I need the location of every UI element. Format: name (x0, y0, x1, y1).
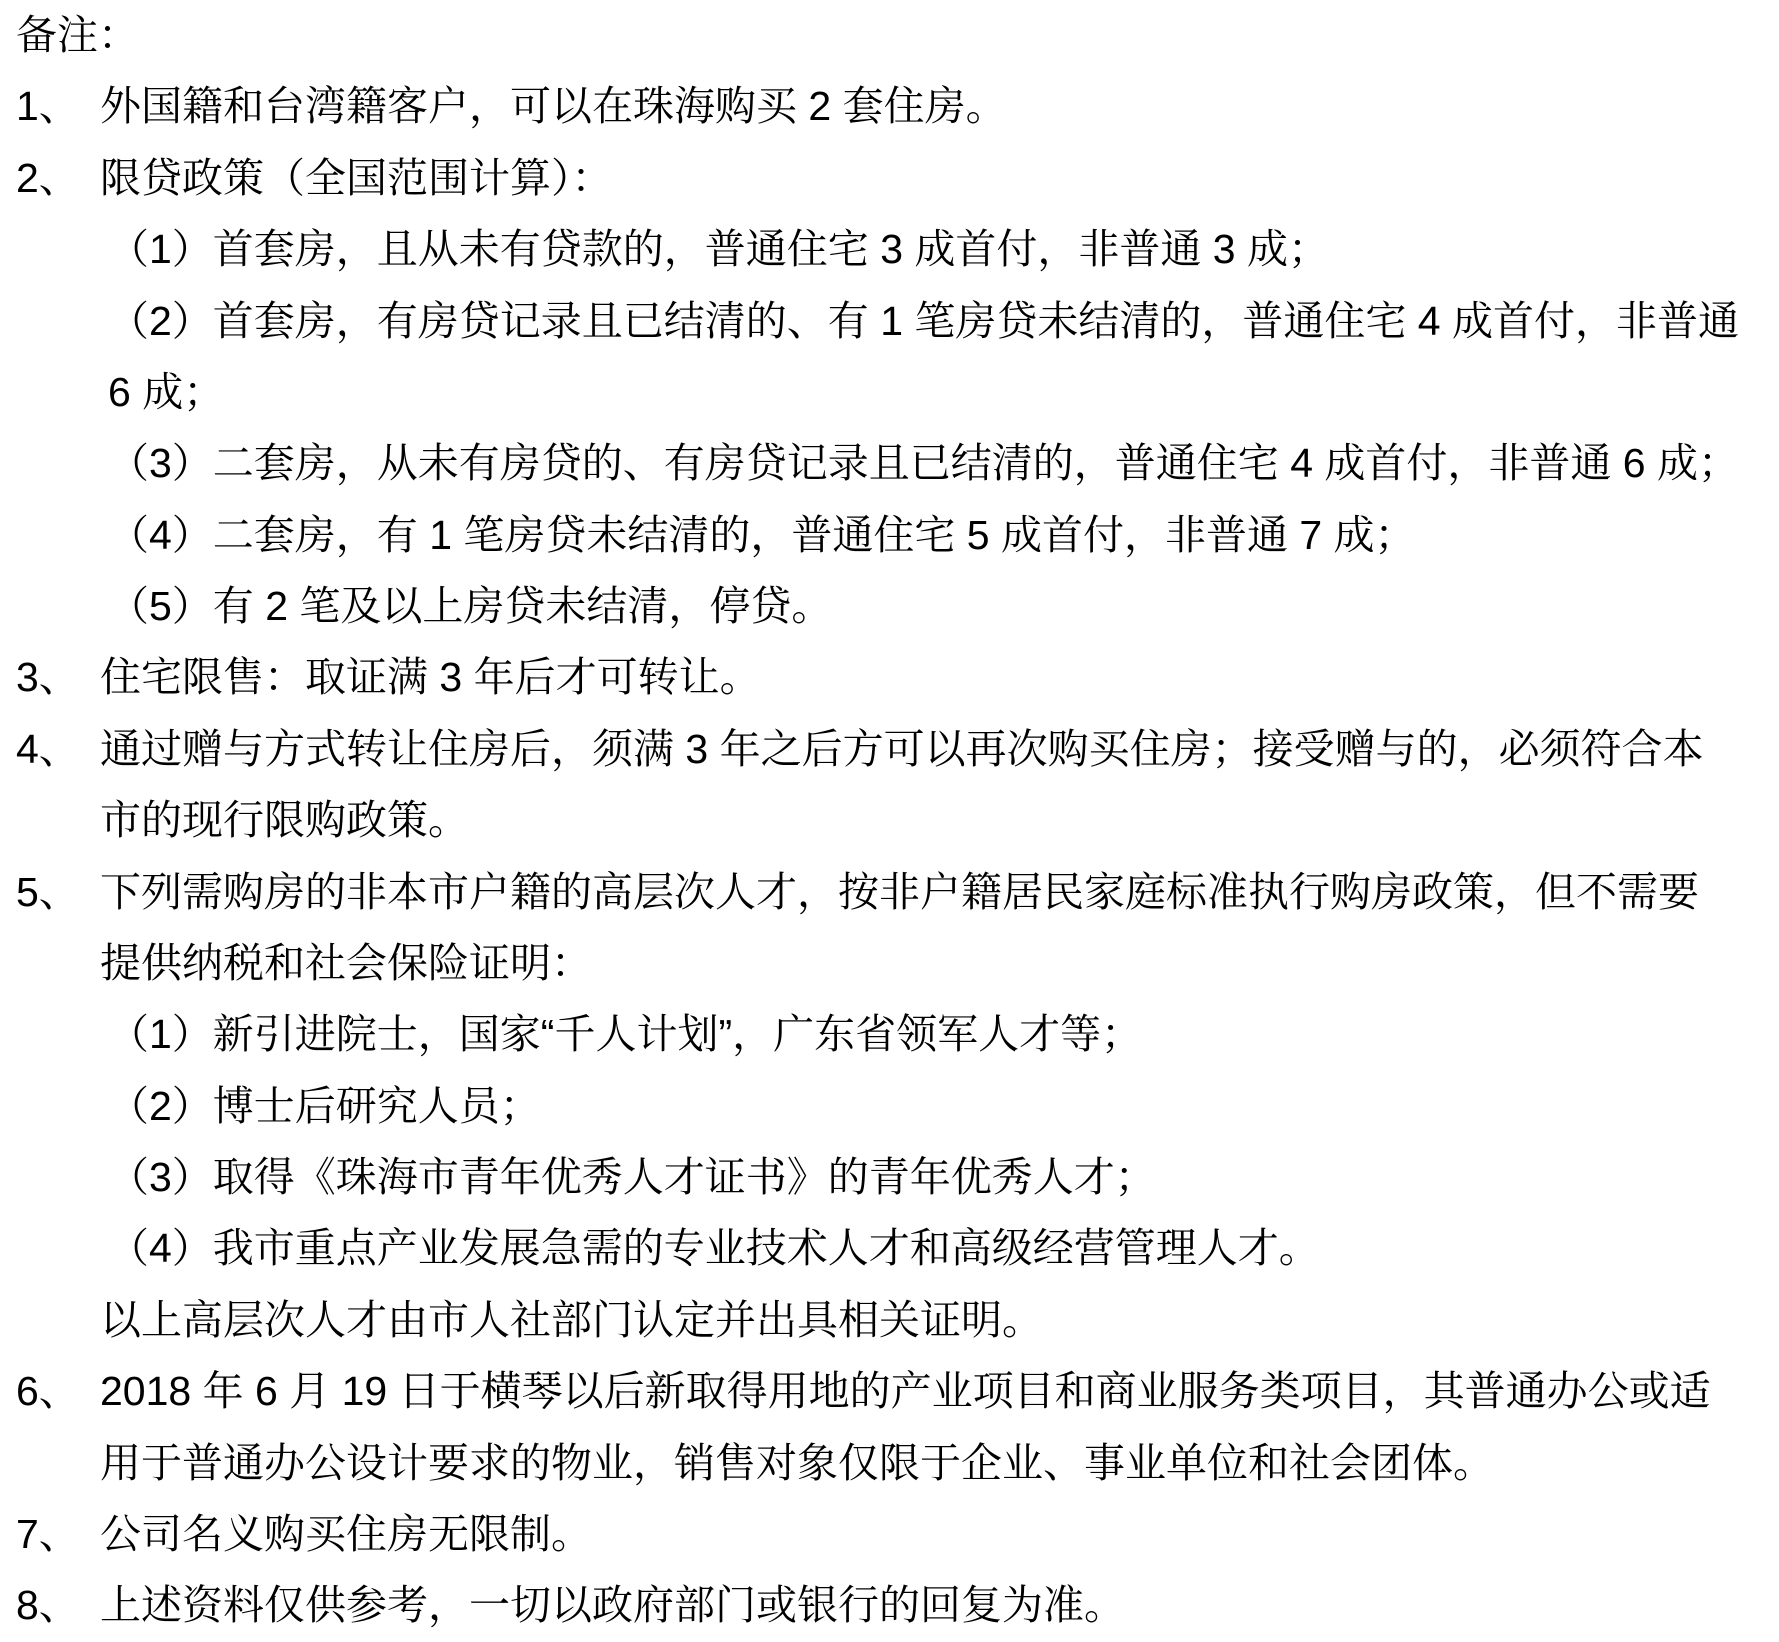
item-number: 7、 (16, 1499, 80, 1570)
note-item-5-sub-1: （1）新引进院士，国家“千人计划”，广东省领军人才等； (0, 999, 1779, 1070)
note-item-5-continuation: 提供纳税和社会保险证明： (0, 928, 1779, 999)
sub-item-text: （5）有 2 笔及以上房贷未结清，停贷。 (108, 583, 832, 629)
item-number: 3、 (16, 642, 80, 713)
note-item-2-sub-3: （3）二套房，从未有房贷的、有房贷记录且已结清的，普通住宅 4 成首付，非普通 … (0, 428, 1779, 499)
item-text: 外国籍和台湾籍客户，可以在珠海购买 2 套住房。 (100, 83, 1007, 129)
sub-item-text: （4）我市重点产业发展急需的专业技术人才和高级经营管理人才。 (108, 1225, 1320, 1271)
note-item-2-sub-5: （5）有 2 笔及以上房贷未结清，停贷。 (0, 571, 1779, 642)
sub-item-text: （1）新引进院士，国家“千人计划”，广东省领军人才等； (108, 1011, 1142, 1057)
sub-item-text: （2）博士后研究人员； (108, 1083, 541, 1129)
item-text: 限贷政策（全国范围计算）： (100, 155, 613, 201)
item-text: 用于普通办公设计要求的物业，销售对象仅限于企业、事业单位和社会团体。 (100, 1440, 1494, 1486)
note-item-7: 7、 公司名义购买住房无限制。 (0, 1499, 1779, 1570)
note-item-2-sub-1: （1）首套房，且从未有贷款的，普通住宅 3 成首付，非普通 3 成； (0, 214, 1779, 285)
note-item-4: 4、 通过赠与方式转让住房后，须满 3 年之后方可以再次购买住房；接受赠与的，必… (0, 714, 1779, 785)
item-text: 通过赠与方式转让住房后，须满 3 年之后方可以再次购买住房；接受赠与的，必须符合… (100, 726, 1704, 772)
note-item-2: 2、 限贷政策（全国范围计算）： (0, 143, 1779, 214)
notes-title-text: 备注： (16, 12, 139, 58)
sub-item-text: （3）二套房，从未有房贷的、有房贷记录且已结清的，普通住宅 4 成首付，非普通 … (108, 440, 1739, 486)
item-text: 上述资料仅供参考，一切以政府部门或银行的回复为准。 (100, 1582, 1125, 1628)
note-item-6-continuation: 用于普通办公设计要求的物业，销售对象仅限于企业、事业单位和社会团体。 (0, 1428, 1779, 1499)
note-item-5-sub-2: （2）博士后研究人员； (0, 1071, 1779, 1142)
sub-item-text: （2）首套房，有房贷记录且已结清的、有 1 笔房贷未结清的，普通住宅 4 成首付… (108, 298, 1739, 344)
item-number: 8、 (16, 1570, 80, 1641)
note-item-5-sub-4: （4）我市重点产业发展急需的专业技术人才和高级经营管理人才。 (0, 1213, 1779, 1284)
item-number: 6、 (16, 1356, 80, 1427)
note-item-8: 8、 上述资料仅供参考，一切以政府部门或银行的回复为准。 (0, 1570, 1779, 1641)
note-item-6: 6、 2018 年 6 月 19 日于横琴以后新取得用地的产业项目和商业服务类项… (0, 1356, 1779, 1427)
item-number: 5、 (16, 857, 80, 928)
sub-item-text: 6 成； (108, 369, 224, 415)
note-item-3: 3、 住宅限售：取证满 3 年后才可转让。 (0, 642, 1779, 713)
note-item-1: 1、 外国籍和台湾籍客户，可以在珠海购买 2 套住房。 (0, 71, 1779, 142)
item-text: 提供纳税和社会保险证明： (100, 940, 592, 986)
note-item-5-closing: 以上高层次人才由市人社部门认定并出具相关证明。 (0, 1285, 1779, 1356)
sub-item-text: （1）首套房，且从未有贷款的，普通住宅 3 成首付，非普通 3 成； (108, 226, 1329, 272)
item-text: 公司名义购买住房无限制。 (100, 1511, 592, 1557)
item-text: 以上高层次人才由市人社部门认定并出具相关证明。 (100, 1297, 1043, 1343)
note-item-5-sub-3: （3）取得《珠海市青年优秀人才证书》的青年优秀人才； (0, 1142, 1779, 1213)
note-item-2-sub-4: （4）二套房，有 1 笔房贷未结清的，普通住宅 5 成首付，非普通 7 成； (0, 500, 1779, 571)
note-item-4-continuation: 市的现行限购政策。 (0, 785, 1779, 856)
note-item-5: 5、 下列需购房的非本市户籍的高层次人才，按非户籍居民家庭标准执行购房政策，但不… (0, 857, 1779, 928)
item-text: 住宅限售：取证满 3 年后才可转让。 (100, 654, 761, 700)
note-item-2-sub-2-continuation: 6 成； (0, 357, 1779, 428)
item-text: 下列需购房的非本市户籍的高层次人才，按非户籍居民家庭标准执行购房政策，但不需要 (100, 869, 1699, 915)
notes-document: 备注： 1、 外国籍和台湾籍客户，可以在珠海购买 2 套住房。 2、 限贷政策（… (0, 0, 1779, 1642)
sub-item-text: （4）二套房，有 1 笔房贷未结清的，普通住宅 5 成首付，非普通 7 成； (108, 512, 1416, 558)
item-text: 2018 年 6 月 19 日于横琴以后新取得用地的产业项目和商业服务类项目，其… (100, 1368, 1711, 1414)
sub-item-text: （3）取得《珠海市青年优秀人才证书》的青年优秀人才； (108, 1154, 1156, 1200)
item-text: 市的现行限购政策。 (100, 797, 469, 843)
item-number: 4、 (16, 714, 80, 785)
notes-title: 备注： (0, 0, 1779, 71)
item-number: 1、 (16, 71, 80, 142)
item-number: 2、 (16, 143, 80, 214)
note-item-2-sub-2: （2）首套房，有房贷记录且已结清的、有 1 笔房贷未结清的，普通住宅 4 成首付… (0, 286, 1779, 357)
